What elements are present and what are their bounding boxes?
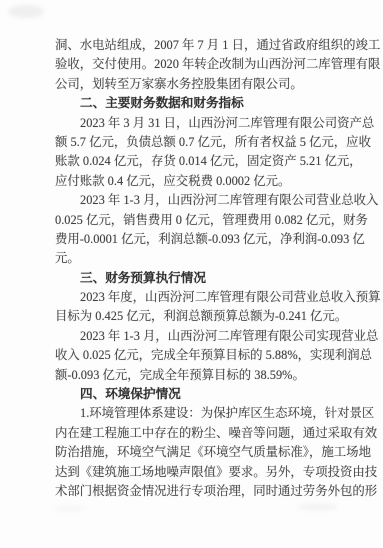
body-text-line: 额-0.093 亿元，完成全年预算目标的 38.59%。: [55, 366, 331, 385]
body-text-line: 额 5.7 亿元，负债总额 0.7 亿元，所有者权益 5 亿元，应收: [55, 133, 331, 152]
document-text-block: 洞、水电站组成，2007 年 7 月 1 日，通过省政府组织的竣工验收，交付使用…: [55, 36, 331, 501]
body-text-line: 应付账款 0.4 亿元，应交税费 0.0002 亿元。: [55, 172, 331, 191]
section-heading-line: 三、财务预算执行情况: [55, 269, 331, 288]
scan-smudge: [8, 5, 44, 18]
body-text-line: 验收，交付使用。2020 年转企改制为山西汾河二库管理有限: [55, 55, 331, 74]
body-text-line: 元。: [55, 249, 331, 268]
body-text-line: 2023 年度，山西汾河二库管理有限公司营业总收入预算: [55, 288, 331, 307]
body-text-line: 洞、水电站组成，2007 年 7 月 1 日，通过省政府组织的竣工: [55, 36, 331, 55]
body-text-line: 防治措施，环境空气满足《环境空气质量标准》，施工场地: [55, 443, 331, 462]
body-text-line: 术部门根据资金情况进行专项治理，同时通过劳务外包的形: [55, 482, 331, 501]
scan-smudge: [298, 503, 338, 511]
body-text-line: 费用-0.0001 亿元，利润总额-0.093 亿元，净利润-0.093 亿: [55, 230, 331, 249]
body-text-line: 内在建工程施工中存在的粉尘、噪音等问题，通过采取有效: [55, 424, 331, 443]
section-heading-line: 四、环境保护情况: [55, 385, 331, 404]
body-text-line: 收入 0.025 亿元，完成全年预算目标的 5.88%，实现利润总: [55, 346, 331, 365]
body-text-line: 2023 年 1-3 月，山西汾河二库管理有限公司实现营业总: [55, 327, 331, 346]
body-text-line: 达到《建筑施工场地噪声限值》要求。另外，专项投资由技: [55, 463, 331, 482]
scan-smudge: [55, 505, 85, 512]
body-text-line: 2023 年 3 月 31 日，山西汾河二库管理有限公司资产总: [55, 114, 331, 133]
body-text-line: 1.环境管理体系建设：为保护库区生态环境，针对景区: [55, 404, 331, 423]
body-text-line: 目标为 0.425 亿元，利润总额预算总额为-0.241 亿元。: [55, 307, 331, 326]
document-page: 洞、水电站组成，2007 年 7 月 1 日，通过省政府组织的竣工验收，交付使用…: [0, 0, 383, 548]
section-heading-line: 二、主要财务数据和财务指标: [55, 94, 331, 113]
body-text-line: 2023 年 1-3 月，山西汾河二库管理有限公司营业总收入: [55, 191, 331, 210]
body-text-line: 账款 0.024 亿元，存货 0.014 亿元，固定资产 5.21 亿元，: [55, 152, 331, 171]
body-text-line: 公司，划转至万家寨水务控股集团有限公司。: [55, 75, 331, 94]
body-text-line: 0.025 亿元，销售费用 0 亿元，管理费用 0.082 亿元，财务: [55, 211, 331, 230]
